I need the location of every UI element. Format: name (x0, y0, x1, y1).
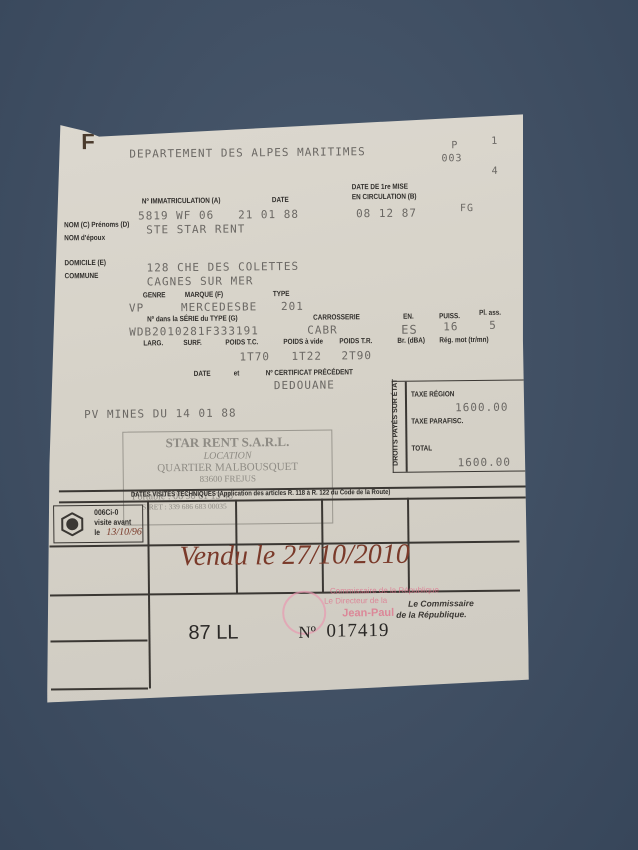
label-cert-precedent: Nº CERTIFICAT PRÉCÉDENT (266, 367, 353, 377)
value-cert-precedent: DEDOUANE (274, 378, 335, 392)
label-total: TOTAL (411, 443, 432, 452)
handwritten-sale-note: Vendu le 27/10/2010 (179, 539, 410, 573)
label-first-circulation-1: DATE DE 1re MISE (352, 182, 408, 192)
value-nom: STE STAR RENT (146, 222, 245, 236)
red-stamp-line-2: Le Directeur de la (324, 596, 387, 606)
label-poids-vide: POIDS à vide (283, 337, 323, 346)
tax-box: DROITS PAYÉS SUR ÉTAT TAXE RÉGION 1600.0… (392, 379, 528, 472)
value-date: 21 01 88 (238, 208, 299, 222)
visit-badge: 006Ci-0 visite avant le 13/10/96 (53, 504, 143, 543)
registration-certificate: F DEPARTEMENT DES ALPES MARITIMES P 1 00… (41, 102, 529, 702)
value-poids-vide: 1T22 (291, 350, 322, 363)
red-stamp-line-3: Jean-Paul (342, 607, 394, 620)
commissaire-line-2: de la République. (396, 609, 466, 620)
red-stamp-line-1: Commissaire de la République (330, 585, 439, 595)
value-carrosserie: CABR (307, 323, 338, 336)
label-serie: Nº dans la SÉRIE du TYPE (G) (147, 313, 238, 323)
value-immatriculation: 5819 WF 06 (138, 209, 214, 223)
value-puiss: 16 (443, 320, 458, 333)
label-carrosserie: CARROSSERIE (313, 312, 360, 321)
value-genre: VP (129, 301, 144, 314)
label-poids-tr: POIDS T.R. (339, 336, 372, 345)
label-poids-tc: POIDS T.C. (225, 337, 258, 346)
label-marque: MARQUE (F) (185, 290, 223, 299)
label-immatriculation: Nº IMMATRICULATION (A) (142, 196, 221, 206)
value-poids-tr: 2T90 (341, 349, 372, 362)
department-title: DEPARTEMENT DES ALPES MARITIMES (129, 145, 365, 160)
value-first-circulation: 08 12 87 (356, 207, 417, 221)
value-total: 1600.00 (458, 456, 511, 470)
label-puiss: PUISS. (439, 311, 460, 320)
inspection-hexagon-icon (60, 512, 84, 536)
page-p: P (451, 140, 458, 151)
series-code: 87 LL (188, 622, 238, 646)
label-domicile: DOMICILE (E) (64, 258, 106, 267)
label-nom: NOM (C) Prénoms (D) (64, 220, 129, 230)
value-marque: MERCEDESBE (181, 300, 257, 314)
value-pv-mines: PV MINES DU 14 01 88 (84, 407, 237, 422)
visit-badge-code: 006Ci-0 (94, 508, 118, 517)
label-br: Br. (dBA) (397, 336, 425, 345)
label-type: TYPE (273, 289, 290, 298)
label-pl-ass: Pl. ass. (479, 308, 501, 317)
certificate-number: 017419 (326, 620, 389, 643)
value-poids-tc: 1T70 (239, 350, 270, 363)
number-label: Nº (298, 623, 316, 643)
corner-letter: F (81, 129, 95, 155)
label-first-circulation-2: EN CIRCULATION (B) (352, 192, 417, 202)
value-fg: FG (460, 203, 474, 214)
label-nom-epoux: NOM d'époux (64, 233, 105, 242)
page-code: 003 (441, 153, 462, 164)
label-taxe-parafisc: TAXE PARAFISC. (411, 416, 463, 426)
company-stamp: STAR RENT S.A.R.L. LOCATION QUARTIER MAL… (122, 430, 333, 526)
label-surf: SURF. (183, 338, 202, 347)
label-commune: COMMUNE (65, 271, 99, 280)
visit-badge-le: le (94, 528, 100, 537)
label-en: EN. (403, 312, 414, 321)
label-date: DATE (272, 195, 289, 204)
value-taxe-region: 1600.00 (455, 401, 508, 415)
label-date-cert: DATE (194, 369, 211, 378)
visit-badge-date: 13/10/96 (106, 527, 142, 538)
value-pl-ass: 5 (489, 319, 497, 332)
page-p-num: 1 (491, 136, 498, 147)
page-num: 4 (492, 166, 499, 177)
label-genre: GENRE (143, 290, 166, 299)
label-et: et (234, 368, 240, 377)
label-taxe-region: TAXE RÉGION (411, 389, 455, 398)
label-reg-mot: Rég. mot (tr/mn) (439, 335, 488, 345)
label-larg: LARG. (143, 338, 163, 347)
visit-badge-text: visite avant (94, 518, 131, 527)
value-commune: CAGNES SUR MER (147, 274, 254, 288)
value-domicile: 128 CHE DES COLETTES (147, 260, 300, 275)
stamp-line-4: 83600 FREJUS (124, 473, 332, 485)
commissaire-line-1: Le Commissaire (408, 598, 474, 609)
value-type: 201 (281, 300, 304, 313)
label-droits: DROITS PAYÉS SUR ÉTAT (392, 380, 400, 466)
label-visites: DATES VISITES TECHNIQUES (Application de… (131, 489, 390, 499)
stamp-line-6: SIRET : 339 686 683 00035 (124, 501, 332, 512)
